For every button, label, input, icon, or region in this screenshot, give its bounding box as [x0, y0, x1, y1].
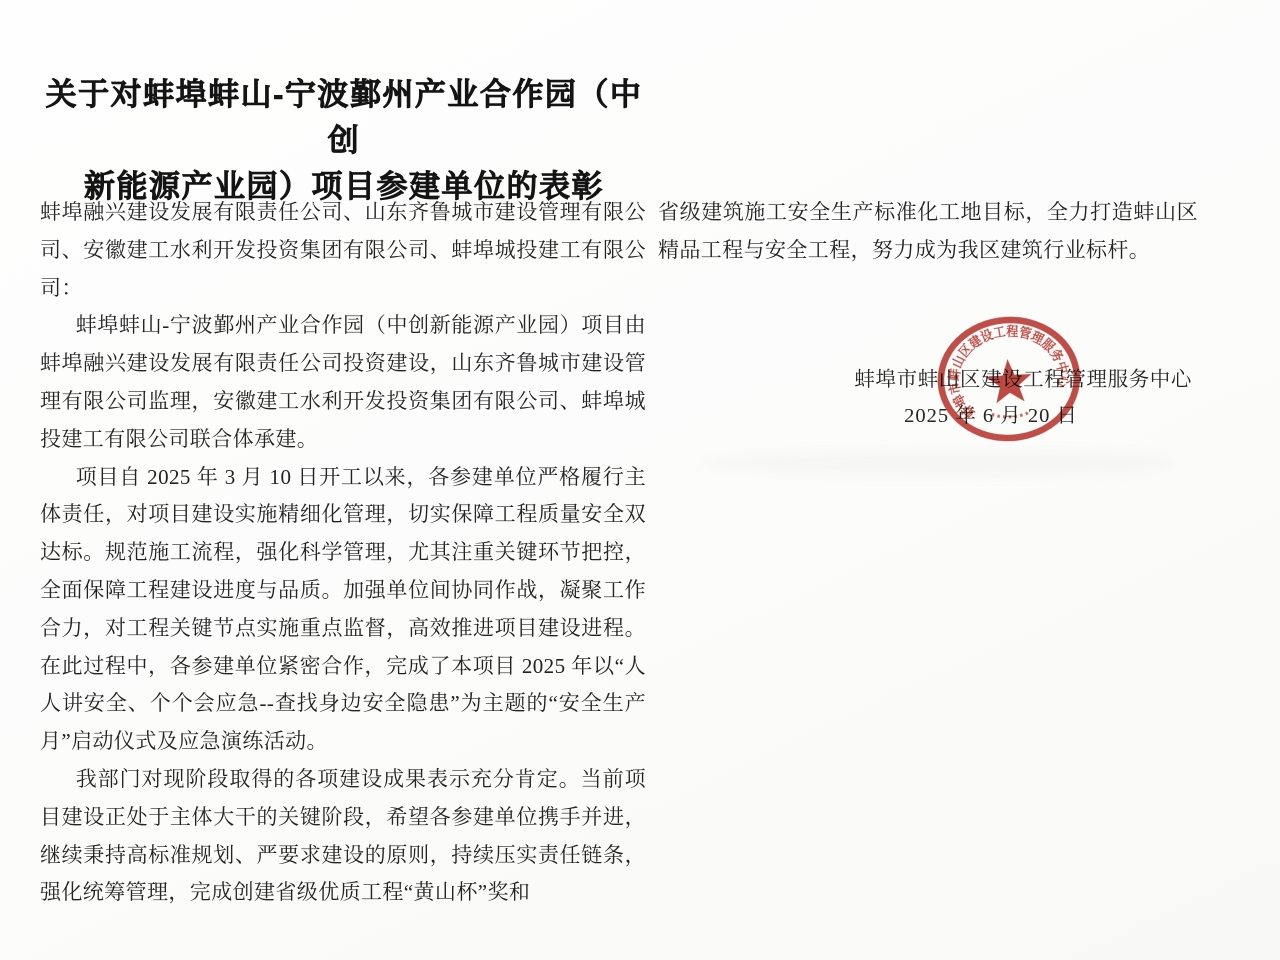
- official-seal: 蚌埠市蚌山区建设工程管理服务中心: [915, 293, 1102, 469]
- document-page: 关于对蚌埠蚌山-宁波鄞州产业合作园（中创 新能源产业园）项目参建单位的表彰 蚌埠…: [0, 0, 1280, 960]
- body-paragraph: 项目自 2025 年 3 月 10 日开工以来，各参建单位严格履行主体责任，对项…: [40, 459, 646, 761]
- body-paragraph: 蚌埠蚌山-宁波鄞州产业合作园（中创新能源产业园）项目由蚌埠融兴建设发展有限责任公…: [40, 307, 646, 458]
- seal-star-icon: [985, 357, 1034, 403]
- right-column: 省级建筑施工安全生产标准化工地目标，全力打造蚌山区精品工程与安全工程，努力成为我…: [658, 194, 1198, 270]
- title-line-1: 关于对蚌埠蚌山-宁波鄞州产业合作园（中创: [40, 72, 648, 164]
- body-paragraph: 我部门对现阶段取得的各项建设成果表示充分肯定。当前项目建设正处于主体大干的关键阶…: [40, 761, 646, 912]
- document-title: 关于对蚌埠蚌山-宁波鄞州产业合作园（中创 新能源产业园）项目参建单位的表彰: [40, 72, 648, 210]
- salutation-paragraph: 蚌埠融兴建设发展有限责任公司、山东齐鲁城市建设管理有限公司、安徽建工水利开发投资…: [40, 194, 646, 307]
- continuation-paragraph: 省级建筑施工安全生产标准化工地目标，全力打造蚌山区精品工程与安全工程，努力成为我…: [658, 194, 1198, 270]
- seal-code: [992, 412, 1031, 418]
- left-column: 蚌埠融兴建设发展有限责任公司、山东齐鲁城市建设管理有限公司、安徽建工水利开发投资…: [40, 194, 646, 912]
